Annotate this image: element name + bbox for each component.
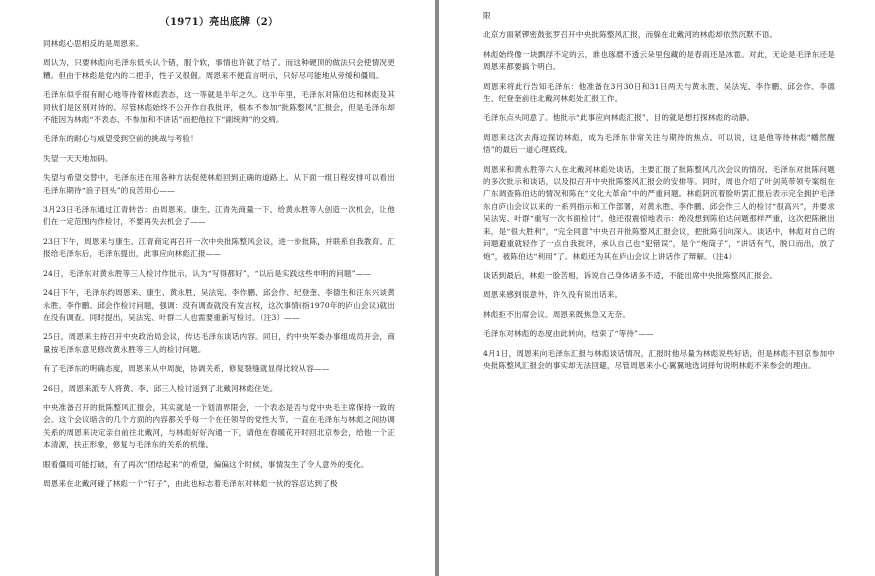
paragraph: 26日，周恩来派专人将黄、李、邱三人检讨送到了北戴河林彪住处。 xyxy=(43,383,395,395)
paragraph: 4月1日，周恩来向毛泽东汇报与林彪谈话情况，汇报时他尽量为林彪说些好话，但是林彪… xyxy=(483,348,835,373)
paragraph: 林彪拒不出席会议。周恩来既焦急又无奈。 xyxy=(483,309,835,321)
chapter-title: （1971）亮出底牌（2） xyxy=(43,16,395,30)
paragraph: 周恩来和黄永胜等六人在北戴河林彪处谈话，主要汇报了批陈整风几次会议的情况、毛泽东… xyxy=(483,164,835,263)
paragraph: 周恩来将此行告知毛泽东：他准备在3月30日和31日两天与黄永胜、吴法宪、李作鹏、… xyxy=(483,81,835,106)
left-page: （1971）亮出底牌（2） 同林彪心思相反的是周恩来。 周认为，只要林彪向毛泽东… xyxy=(0,0,435,576)
paragraph: 有了毛泽东的明确态度，周恩来从中周旋，协调关系，修复裂缝就显得比较从容—— xyxy=(43,363,395,375)
paragraph: 毛泽东的耐心与威望受到空前的挑战与考验！ xyxy=(43,133,395,145)
paragraph: 限 xyxy=(483,10,835,22)
paragraph: 失望一天天地加码。 xyxy=(43,153,395,165)
left-page-content: （1971）亮出底牌（2） 同林彪心思相反的是周恩来。 周认为，只要林彪向毛泽东… xyxy=(43,16,395,497)
paragraph: 23日下午，周恩来与康生、江青商定再召开一次中央批陈整风会议，进一步批陈，并联系… xyxy=(43,236,395,261)
paragraph: 毛泽东似乎很有耐心地等待着林彪表态，这一等就是半年之久。这半年里，毛泽东对陈伯达… xyxy=(43,89,395,126)
paragraph: 24日，毛泽东对黄永胜等三人检讨作批示，认为“写得都好”，“以后是实践这些申明的… xyxy=(43,268,395,280)
paragraph: 毛泽东点头同意了。他批示“此事应向林彪汇报”，目的就是想打探林彪的动静。 xyxy=(483,112,835,124)
paragraph: 眼看僵局可能打破，有了再次“团结起来”的希望，偏偏这个时候，事情发生了令人意外的… xyxy=(43,459,395,471)
paragraph: 25日，周恩来主持召开中央政治局会议，传达毛泽东谈话内容。同日，约中央军委办事组… xyxy=(43,331,395,356)
paragraph: 毛泽东对林彪的态度由此转向，结束了“等待”—— xyxy=(483,328,835,340)
paragraph: 3月23日毛泽东通过江青转告：由周恩来、康生、江青先商量一下，给黄永胜等人创造一… xyxy=(43,204,395,229)
paragraph: 周恩来在北戴河碰了林彪一个“钉子”，由此也标志着毛泽东对林彪一伙的容忍达到了极 xyxy=(43,478,395,490)
paragraph: 北京方面紧锣密鼓张罗召开中央批陈整风汇报，而躲在北戴河的林彪却依然沉默不语。 xyxy=(483,29,835,41)
paragraph: 中央准备召开的批陈整风汇报会，其实就是一个划清界限会，一个表态是否与党中央毛主席… xyxy=(43,402,395,452)
paragraph: 同林彪心思相反的是周恩来。 xyxy=(43,38,395,50)
paragraph: 周恩来感到很意外，许久没有说出话来。 xyxy=(483,289,835,301)
paragraph: 周恩来这次去海边探访林彪，成为毛泽东非常关注与期待的焦点。可以说，这是他等待林彪… xyxy=(483,132,835,157)
page-divider xyxy=(435,0,439,576)
paragraph: 谈话到最后，林彪一脸苦相，诉说自己身体诸多不适，不能出席中央批陈整风汇报会。 xyxy=(483,270,835,282)
paragraph: 24日下午，毛泽东约周恩来、康生、黄永胜、吴法宪、李作鹏、邱会作、纪登奎、李德生… xyxy=(43,287,395,324)
right-page: 限 北京方面紧锣密鼓张罗召开中央批陈整风汇报，而躲在北戴河的林彪却依然沉默不语。… xyxy=(440,0,875,576)
paragraph: 林彪始终像一块飘浮不定的云，谁也琢磨不透云朵里包藏的是春雨还是冰雹。对此，无论是… xyxy=(483,49,835,74)
paragraph: 失望与希望交替中，毛泽东还在用各种方法促使林彪回到正确的道路上。从下面一组日程安… xyxy=(43,172,395,197)
paragraph: 周认为，只要林彪向毛泽东低头认个错，服个软，事情也许就了结了。而这种硬顶的做法只… xyxy=(43,57,395,82)
right-page-content: 限 北京方面紧锣密鼓张罗召开中央批陈整风汇报，而躲在北戴河的林彪却依然沉默不语。… xyxy=(483,10,835,379)
